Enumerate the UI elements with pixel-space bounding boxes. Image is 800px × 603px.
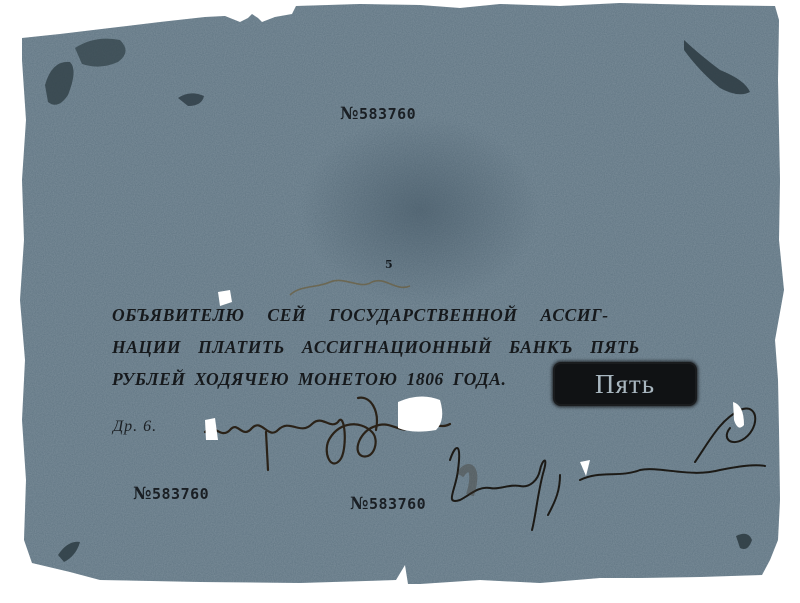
amount-word-box: Пять (555, 364, 695, 404)
body-text-line-2: нации платить ассигнационный банкъ пять (112, 337, 640, 358)
watermark (300, 115, 540, 305)
serial-number-bottom-left: №583760 (133, 484, 209, 504)
amount-word: Пять (595, 369, 655, 400)
banknote-scan: №583760 5 Объявителю сей государственной… (0, 0, 800, 603)
plate-mark: Др. 6. (113, 418, 157, 436)
tear-hole (398, 396, 442, 431)
body-text-line-3: рублей ходячею монетою 1806 года. (112, 369, 506, 390)
body-text-line-1: Объявителю сей государственной ассиг- (112, 305, 609, 326)
serial-number-bottom-center: №583760 (350, 494, 426, 514)
serial-number-top: №583760 (340, 104, 416, 124)
denomination-small: 5 (385, 258, 393, 271)
